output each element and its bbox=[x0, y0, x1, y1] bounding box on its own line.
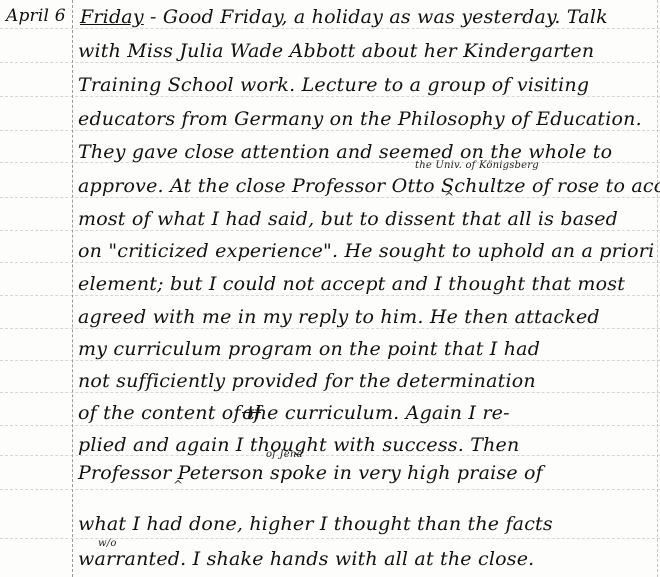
ruled-line bbox=[0, 197, 660, 198]
insertion-caret: ^ bbox=[444, 190, 454, 204]
margin-line bbox=[72, 0, 73, 577]
day-heading: Friday bbox=[80, 6, 144, 28]
ruled-line bbox=[0, 392, 660, 393]
entry-line-17: what I had done, higher I thought than t… bbox=[78, 513, 553, 535]
ruled-line bbox=[0, 28, 660, 29]
ruled-line bbox=[0, 262, 660, 263]
insertion-caret: ^ bbox=[173, 478, 183, 492]
ruled-line bbox=[0, 425, 660, 426]
entry-line-7: most of what I had said, but to dissent … bbox=[78, 208, 618, 230]
ruled-line bbox=[0, 489, 660, 490]
margin-date: April 6 bbox=[6, 6, 66, 26]
ruled-line bbox=[0, 230, 660, 231]
page-edge bbox=[657, 0, 658, 577]
inserted-note-jena: of Jena bbox=[266, 449, 303, 460]
entry-line-12: not sufficiently provided for the determ… bbox=[78, 370, 536, 392]
entry-line-1: Friday - Good Friday, a holiday as was y… bbox=[80, 6, 608, 28]
ruled-line bbox=[0, 295, 660, 296]
ruled-line bbox=[0, 130, 660, 131]
ruled-line bbox=[0, 360, 660, 361]
entry-line-2: with Miss Julia Wade Abbott about her Ki… bbox=[78, 40, 594, 62]
entry-line-6: approve. At the close Professor Otto Sch… bbox=[78, 175, 660, 197]
entry-line-text: - Good Friday, a holiday as was yesterda… bbox=[150, 6, 608, 28]
struck-word: of bbox=[242, 402, 261, 424]
entry-line-3: Training School work. Lecture to a group… bbox=[78, 74, 589, 96]
diary-page: April 6 Friday - Good Friday, a holiday … bbox=[0, 0, 660, 577]
entry-line-15: Professor Peterson spoke in very high pr… bbox=[78, 462, 543, 484]
ruled-line bbox=[0, 62, 660, 63]
entry-line-13: of the content of the curriculum. Again … bbox=[78, 402, 510, 424]
entry-line-8: on "criticized experience". He sought to… bbox=[78, 240, 654, 262]
ruled-line bbox=[0, 96, 660, 97]
inserted-note-konigsberg: the Univ. of Königsberg bbox=[415, 160, 539, 171]
entry-line-4: educators from Germany on the Philosophy… bbox=[78, 108, 642, 130]
entry-line-11: my curriculum program on the point that … bbox=[78, 338, 540, 360]
entry-line-10: agreed with me in my reply to him. He th… bbox=[78, 306, 600, 328]
entry-line-18: warranted. I shake hands with all at the… bbox=[78, 548, 534, 570]
ruled-line bbox=[0, 328, 660, 329]
entry-line-9: element; but I could not accept and I th… bbox=[78, 273, 625, 295]
